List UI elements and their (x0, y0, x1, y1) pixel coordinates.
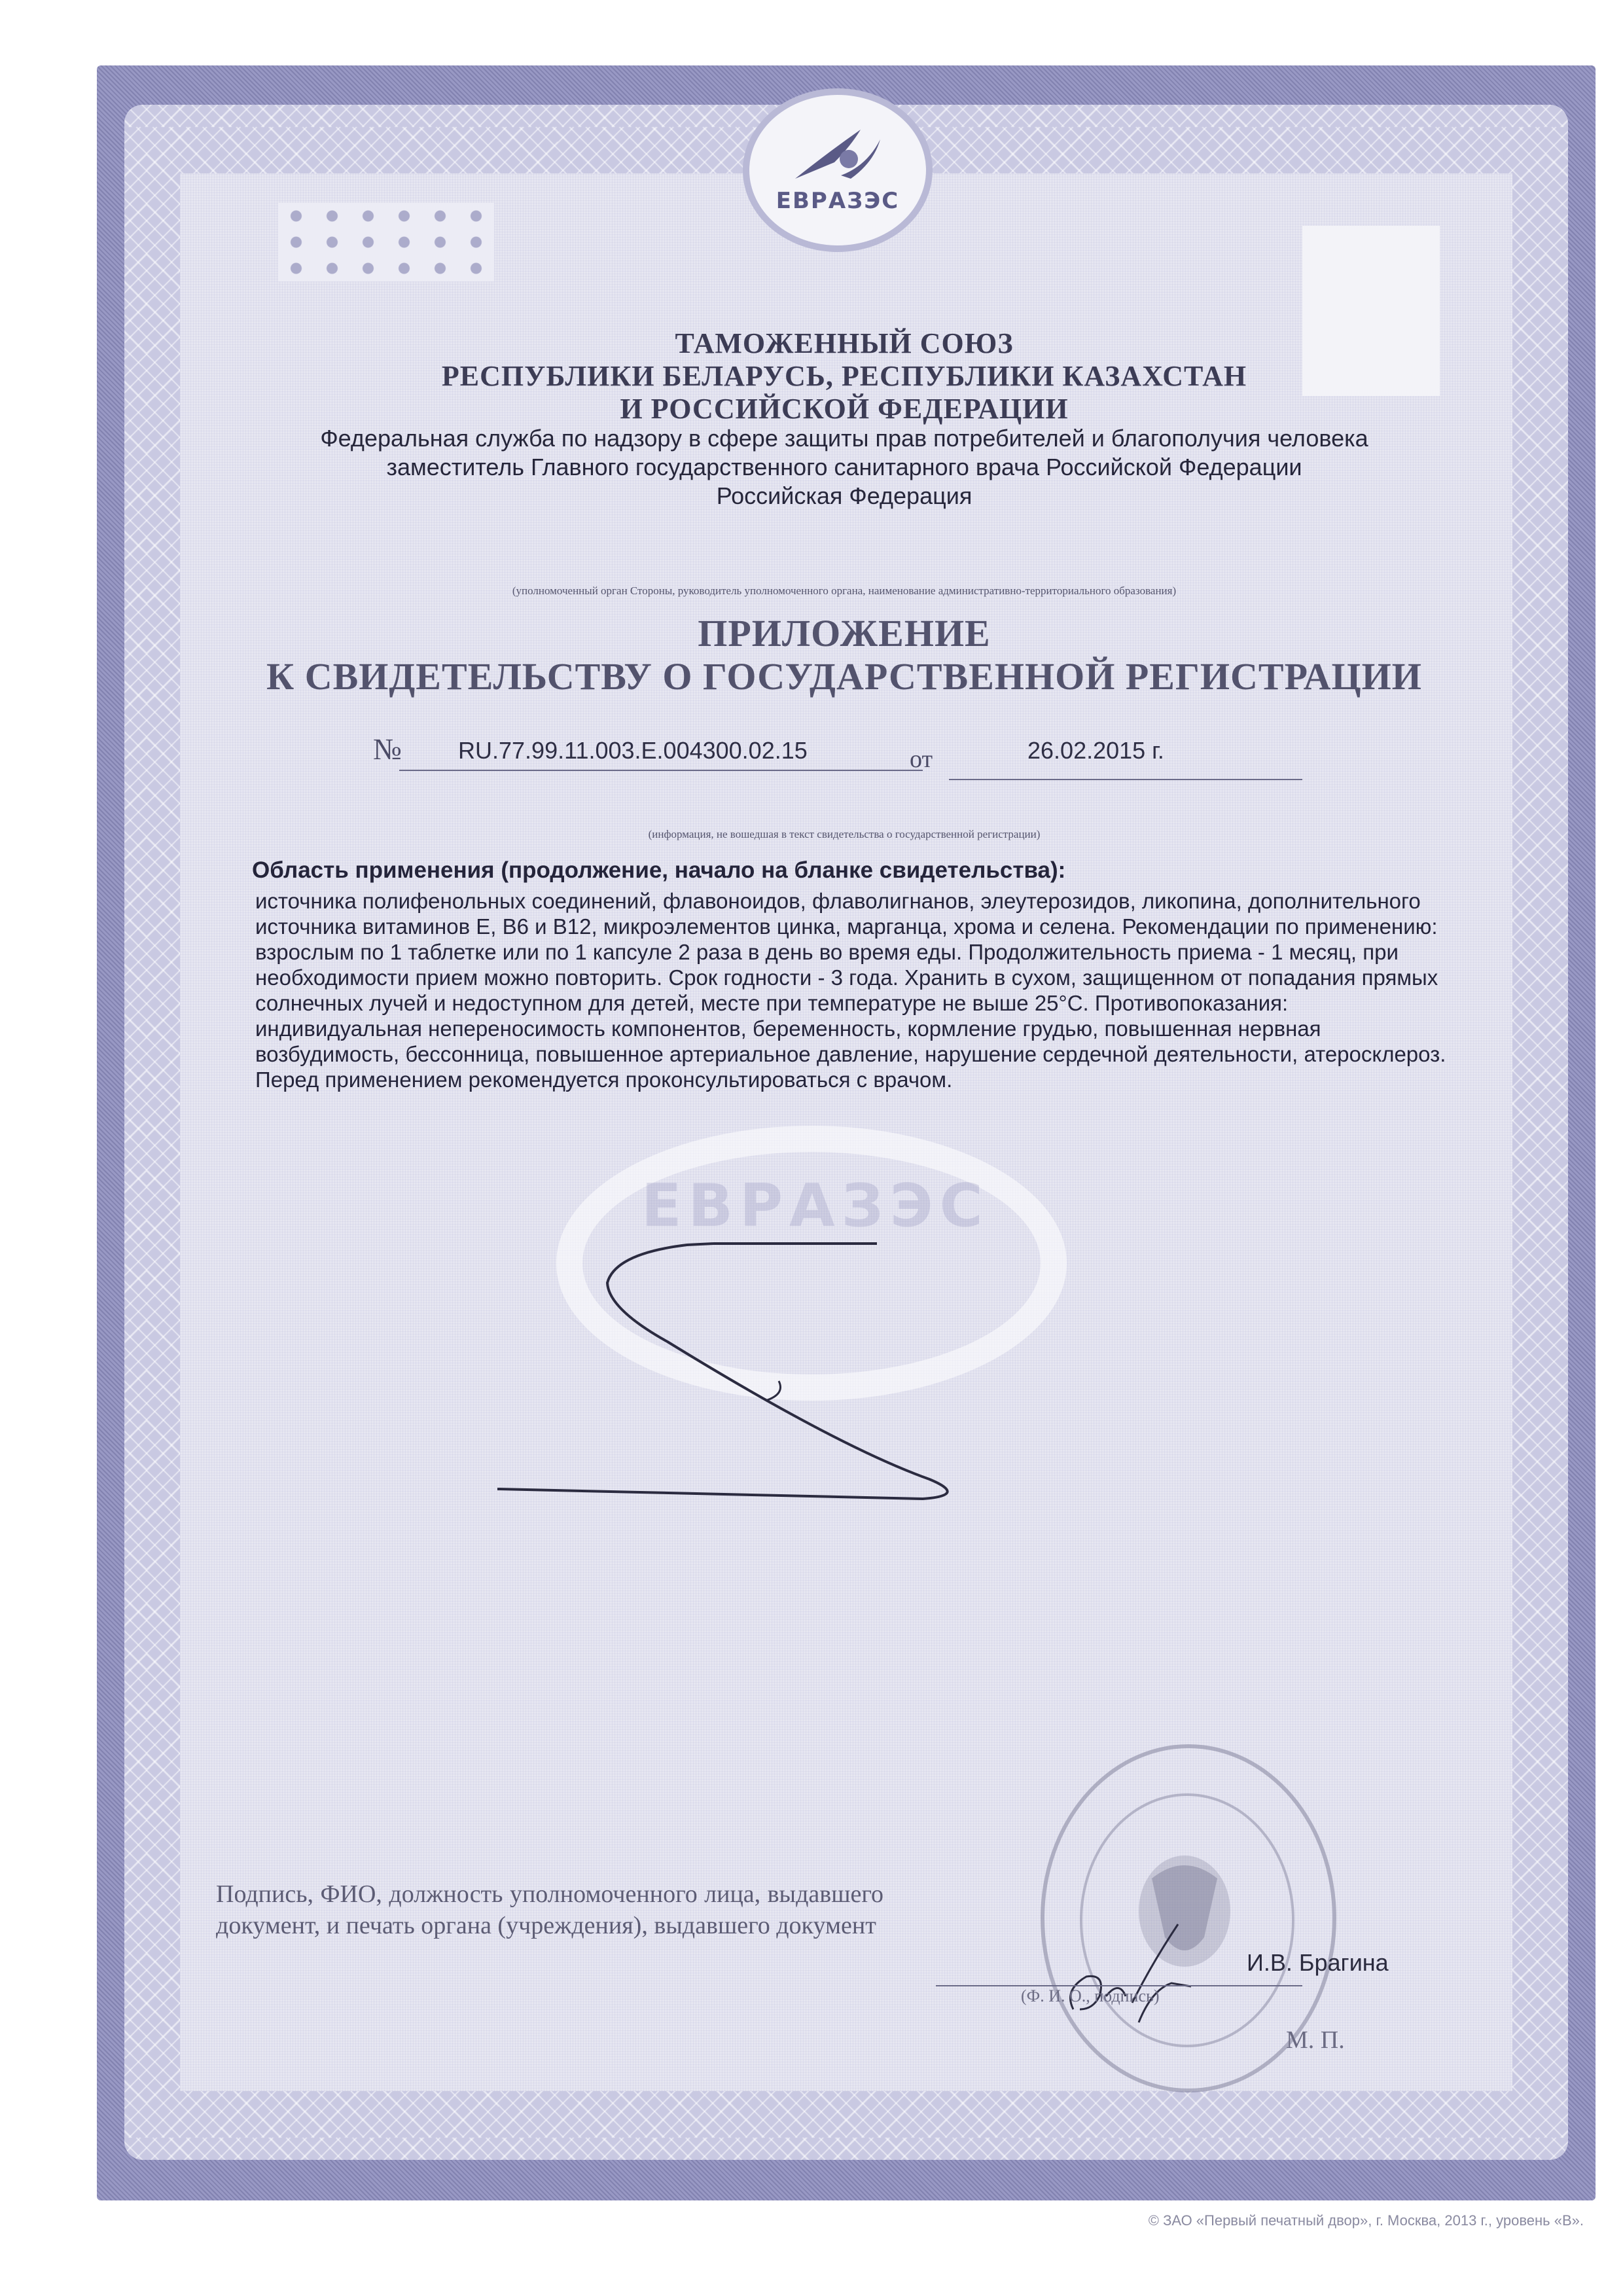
issuing-authority: Федеральная служба по надзору в сфере за… (196, 424, 1492, 511)
security-pattern (278, 203, 494, 281)
authority-line: Федеральная служба по надзору в сфере за… (196, 424, 1492, 453)
customs-union-title: ТАМОЖЕННЫЙ СОЮЗ РЕСПУБЛИКИ БЕЛАРУСЬ, РЕС… (196, 327, 1492, 425)
date-underline (949, 779, 1302, 780)
authority-line: заместитель Главного государственного са… (196, 453, 1492, 482)
scope-section: Область применения (продолжение, начало … (252, 857, 1450, 1092)
cancellation-stroke-icon (497, 1237, 1126, 1512)
registration-date: 26.02.2015 г. (1027, 737, 1164, 764)
union-line: И РОССИЙСКОЙ ФЕДЕРАЦИИ (196, 393, 1492, 425)
number-underline (399, 770, 923, 771)
eurasec-logo: ЕВРАЗЭС (743, 88, 933, 252)
title-line-1: ПРИЛОЖЕНИЕ (196, 612, 1492, 655)
union-line: РЕСПУБЛИКИ БЕЛАРУСЬ, РЕСПУБЛИКИ КАЗАХСТА… (196, 360, 1492, 393)
registration-number: RU.77.99.11.003.E.004300.02.15 (458, 737, 808, 764)
authority-line: Российская Федерация (196, 482, 1492, 511)
document-title: ПРИЛОЖЕНИЕ К СВИДЕТЕЛЬСТВУ О ГОСУДАРСТВЕ… (196, 612, 1492, 698)
scope-heading: Область применения (продолжение, начало … (252, 857, 1450, 883)
printer-footer: © ЗАО «Первый печатный двор», г. Москва,… (1149, 2212, 1584, 2229)
scope-text: источника полифенольных соединений, флав… (252, 888, 1450, 1092)
union-line: ТАМОЖЕННЫЙ СОЮЗ (196, 327, 1492, 360)
date-label: от (910, 745, 933, 774)
eurasec-swoosh-icon (789, 126, 887, 185)
info-caption: (информация, не вошедшая в текст свидете… (196, 828, 1492, 841)
handwritten-signature-icon (1060, 1911, 1224, 2029)
title-line-2: К СВИДЕТЕЛЬСТВУ О ГОСУДАРСТВЕННОЙ РЕГИСТ… (196, 655, 1492, 698)
signature-label: Подпись, ФИО, должность уполномоченного … (216, 1878, 883, 1941)
number-sign: № (373, 732, 402, 766)
registration-line: № RU.77.99.11.003.E.004300.02.15 от 26.0… (373, 732, 1302, 771)
watermark-text: ЕВРАЗЭС (641, 1172, 990, 1240)
seal-place-label: М. П. (1286, 2026, 1345, 2054)
authority-caption: (уполномоченный орган Стороны, руководит… (196, 584, 1492, 598)
signature-caption: (Ф. И. О., подпись) (1021, 1986, 1160, 2006)
signer-name: И.В. Брагина (1247, 1949, 1389, 1977)
logo-text: ЕВРАЗЭС (776, 188, 899, 214)
